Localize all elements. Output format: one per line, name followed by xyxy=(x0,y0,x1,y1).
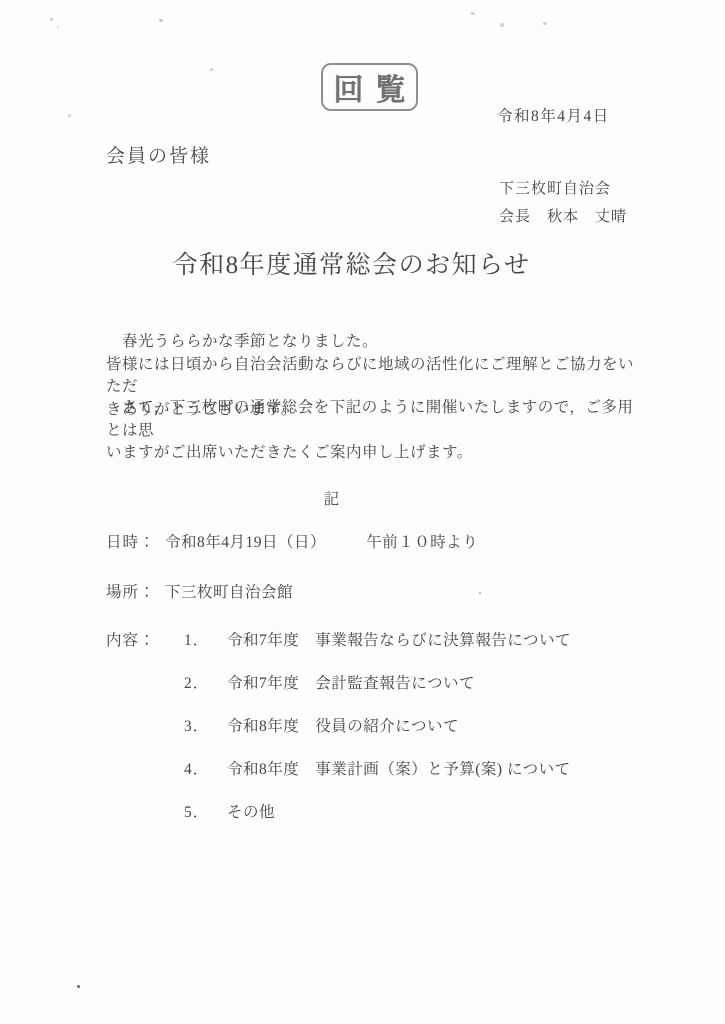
scan-speck xyxy=(210,68,213,71)
scan-speck xyxy=(470,12,475,15)
scan-speck xyxy=(500,23,504,27)
scan-speck xyxy=(77,985,80,988)
contents-label: 内容： xyxy=(106,628,156,650)
issue-date: 令和8年4月4日 xyxy=(497,104,610,126)
agenda-item-4-text: 令和8年度 事業計画（案）と予算(案) について xyxy=(227,757,571,779)
place-label: 場所： xyxy=(106,580,156,602)
agenda-item-5-number: 5． xyxy=(184,800,209,822)
sender-block: 下三枚町自治会 会長 秋本 丈晴 xyxy=(499,175,627,231)
agenda-item-4-number: 4． xyxy=(184,757,209,779)
datetime-value: 令和8年4月19日（日） 午前１０時より xyxy=(165,530,478,552)
sender-person: 会長 秋本 丈晴 xyxy=(499,203,627,231)
sender-organization: 下三枚町自治会 xyxy=(499,175,627,203)
scanned-notice-page: 回覧 令和8年4月4日 会員の皆様 下三枚町自治会 会長 秋本 丈晴 令和8年度… xyxy=(0,0,725,1024)
scan-speck xyxy=(50,18,53,21)
agenda-item-2-number: 2． xyxy=(184,671,209,693)
kairan-circulation-stamp: 回覧 xyxy=(321,63,418,111)
place-value: 下三枚町自治会館 xyxy=(165,580,293,602)
body-paragraph-2: さて，下三枚町の通常総会を下記のように開催いたしますので，ご多用とは思 いますが… xyxy=(106,397,636,465)
document-title: 令和8年度通常総会のお知らせ xyxy=(0,245,714,281)
scan-speck xyxy=(479,592,481,594)
stamp-text: 回覧 xyxy=(334,65,418,109)
scan-speck xyxy=(68,114,71,117)
agenda-item-1-text: 令和7年度 事業報告ならびに決算報告について xyxy=(227,628,571,650)
agenda-item-2-text: 令和7年度 会計監査報告について xyxy=(227,671,475,693)
agenda-item-5-text: その他 xyxy=(227,800,275,822)
ki-marker: 記 xyxy=(0,487,694,509)
agenda-item-3-text: 令和8年度 役員の紹介について xyxy=(227,714,459,736)
scan-speck xyxy=(159,19,163,22)
datetime-label: 日時： xyxy=(106,530,156,552)
agenda-item-3-number: 3． xyxy=(184,714,209,736)
scan-speck xyxy=(57,26,59,28)
agenda-item-1-number: 1． xyxy=(184,628,209,650)
addressee: 会員の皆様 xyxy=(106,141,211,168)
scan-speck xyxy=(543,22,547,25)
